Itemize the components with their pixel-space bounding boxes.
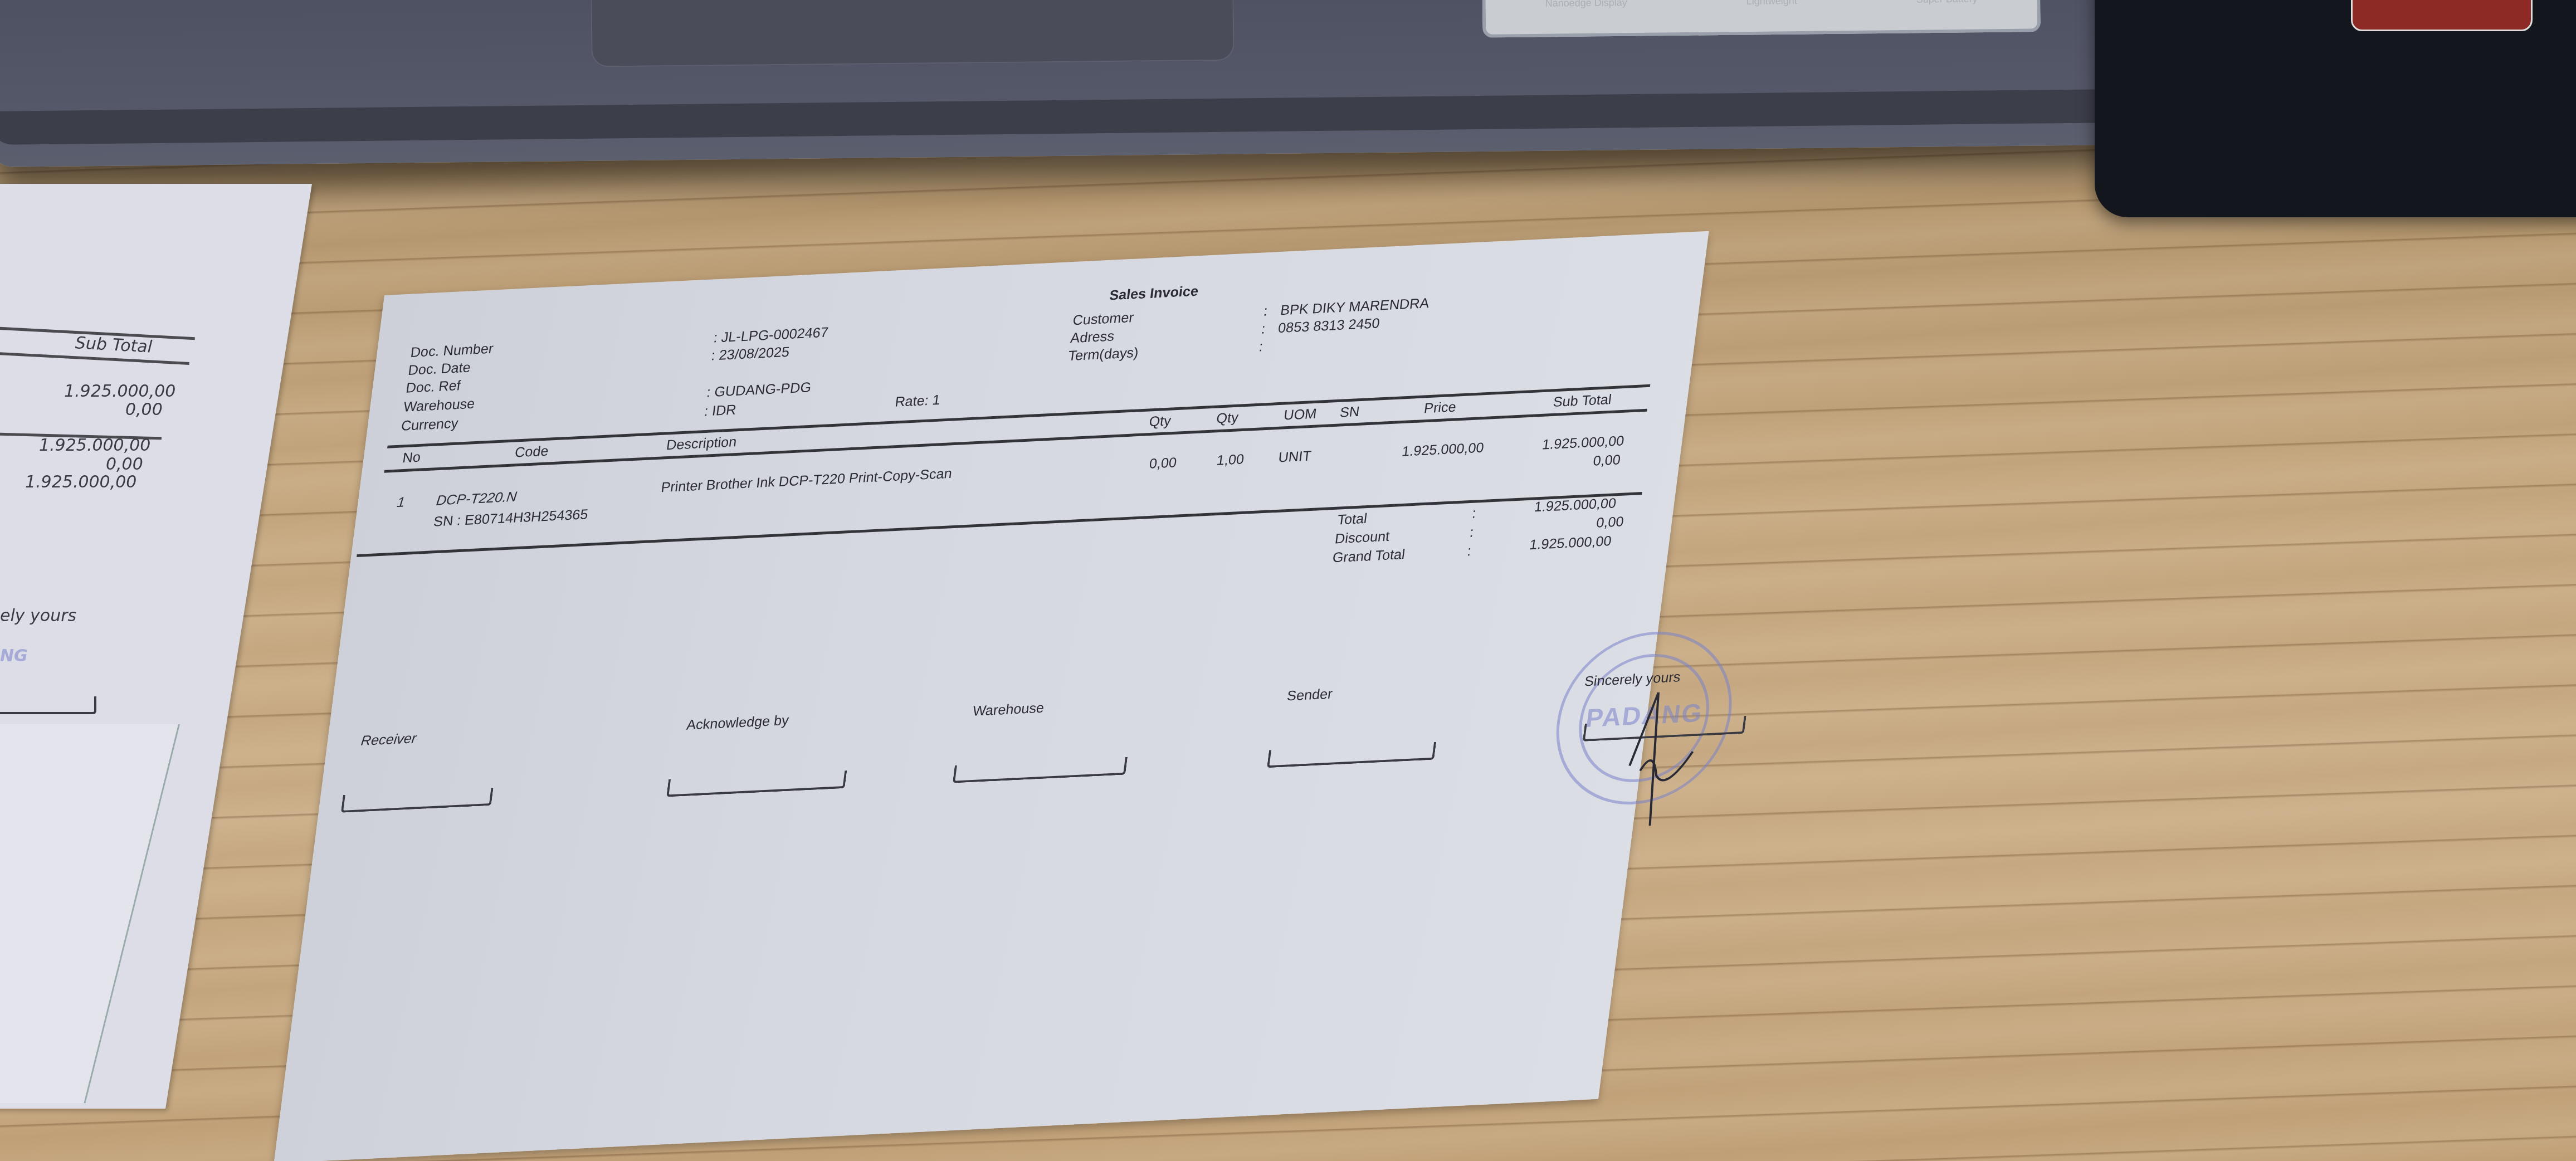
sticker-item: Nanoedge Display	[1545, 0, 1627, 9]
customer-sep: :	[1262, 303, 1269, 319]
item-qty2: 1,00	[1216, 451, 1245, 469]
item-code: DCP-T220.N	[435, 489, 518, 509]
mousepad	[2095, 0, 2576, 217]
grand-total-value: 1.925.000,00	[1528, 533, 1612, 553]
grand-total-sep: :	[1466, 543, 1472, 559]
warehouse-sign-label: Warehouse	[972, 700, 1045, 720]
sign-label: ely yours	[0, 606, 76, 626]
sender-signature-line	[1267, 742, 1436, 768]
discount-label: Discount	[1334, 529, 1391, 548]
col-subtotal: Sub Total	[1552, 392, 1612, 411]
item-no: 1	[396, 494, 406, 511]
acknowledge-signature-line	[666, 770, 847, 797]
amount: 0,00	[125, 400, 163, 419]
col-qty: Qty	[1148, 413, 1172, 430]
col-uom: UOM	[1283, 406, 1318, 424]
customer-value: BPK DIKY MARENDRA	[1280, 295, 1431, 319]
amount: 1.925.000,00	[25, 472, 136, 492]
sales-invoice: Sales Invoice Doc. Number : JL-LPG-00024…	[274, 231, 1709, 1161]
sticker-item: Super Battery	[1916, 0, 1977, 5]
col-code: Code	[514, 443, 549, 461]
handwritten-signature	[1587, 684, 1729, 834]
term-label: Term(days)	[1067, 345, 1140, 364]
sender-label: Sender	[1286, 686, 1333, 705]
col-price: Price	[1423, 399, 1457, 417]
warehouse-label: Warehouse	[403, 396, 476, 416]
address-sep: :	[1260, 321, 1266, 337]
currency-value: : IDR	[703, 402, 737, 420]
item-qty1: 0,00	[1148, 455, 1178, 472]
table-bottom-rule	[357, 492, 1642, 557]
item-price: 1.925.000,00	[1401, 440, 1485, 460]
address-label: Adress	[1070, 328, 1115, 347]
laptop: Nanoedge Display Lightweight Super Batte…	[0, 0, 2152, 167]
customer-label: Customer	[1072, 310, 1135, 329]
laptop-touchpad	[591, 0, 1235, 67]
receiver-label: Receiver	[360, 730, 417, 749]
col-description: Description	[665, 434, 738, 453]
amount: 0,00	[106, 455, 143, 474]
total-label: Total	[1336, 511, 1368, 529]
amount: 1.925.000,00	[64, 382, 175, 401]
receiver-signature-line	[341, 788, 494, 813]
warehouse-value: : GUDANG-PDG	[706, 379, 812, 401]
item-subtotal: 1.925.000,00	[1541, 433, 1625, 453]
doc-number-label: Doc. Number	[409, 341, 494, 361]
term-sep: :	[1258, 339, 1264, 355]
discount-value: 0,00	[1596, 514, 1625, 531]
mug	[2351, 0, 2533, 31]
currency-label: Currency	[400, 416, 459, 435]
item-subtotal-extra: 0,00	[1592, 452, 1622, 469]
sticker-item: Lightweight	[1746, 0, 1797, 7]
signature-line	[0, 696, 96, 714]
doc-number-value: : JL-LPG-0002467	[713, 325, 830, 347]
doc-ref-label: Doc. Ref	[405, 378, 462, 397]
invoice-title: Sales Invoice	[1109, 284, 1199, 304]
address-value: 0853 8313 2450	[1277, 315, 1380, 336]
laptop-edge	[0, 89, 2152, 145]
rate: Rate: 1	[894, 392, 941, 411]
discount-sep: :	[1468, 524, 1475, 540]
grand-total-label: Grand Total	[1331, 547, 1406, 566]
amount: 1.925.000,00	[39, 436, 150, 455]
item-description: Printer Brother Ink DCP-T220 Print-Copy-…	[660, 466, 953, 496]
item-serial: SN : E80714H3H254365	[432, 506, 589, 530]
total-value: 1.925.000,00	[1533, 495, 1617, 515]
col-sn: SN	[1339, 404, 1360, 421]
doc-date-value: : 23/08/2025	[710, 344, 791, 364]
left-paper: Sub Total 1.925.000,00 0,00 1.925.000,00…	[0, 189, 312, 1109]
col-no: No	[402, 450, 422, 467]
warehouse-signature-line	[953, 757, 1128, 783]
item-uom: UNIT	[1277, 448, 1312, 466]
laptop-sticker: Nanoedge Display Lightweight Super Batte…	[1482, 0, 2041, 38]
stamp-partial: NG	[0, 646, 28, 666]
invoice-paper: Sales Invoice Doc. Number : JL-LPG-00024…	[274, 231, 1709, 1161]
total-sep: :	[1471, 505, 1477, 521]
doc-date-label: Doc. Date	[407, 359, 472, 378]
acknowledge-label: Acknowledge by	[686, 713, 790, 734]
subtotal-header: Sub Total	[75, 333, 153, 357]
col-qty2: Qty	[1216, 410, 1240, 427]
